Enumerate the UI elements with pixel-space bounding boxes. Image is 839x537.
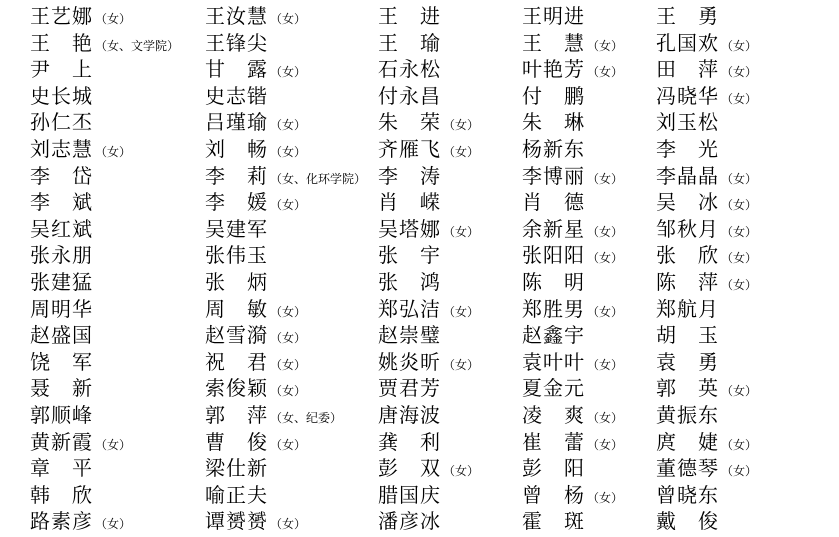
person-name: 夏金元 bbox=[522, 378, 585, 400]
person-name: 张 宇 bbox=[378, 245, 441, 267]
gender-dept-note: （女） bbox=[443, 118, 479, 132]
person-name: 张阳阳 bbox=[522, 245, 585, 267]
person-name: 李博丽 bbox=[522, 166, 585, 188]
person-name: 余新星 bbox=[522, 219, 585, 241]
name-entry: 王 瑜 bbox=[378, 31, 479, 58]
person-name: 祝 君 bbox=[205, 352, 268, 374]
name-column-1: 王艺娜（女）王 艳（女、文学院）尹 上史长城孙仁丕刘志慧（女）李 岱李 斌吴红斌… bbox=[30, 4, 179, 536]
name-entry: 郭 英（女） bbox=[656, 376, 757, 403]
gender-dept-note: （女） bbox=[270, 331, 306, 345]
person-name: 袁 勇 bbox=[656, 352, 719, 374]
person-name: 张伟玉 bbox=[205, 245, 268, 267]
name-entry: 冯晓华（女） bbox=[656, 84, 757, 111]
person-name: 霍 斑 bbox=[522, 511, 585, 533]
person-name: 张建猛 bbox=[30, 272, 93, 294]
person-name: 崔 蕾 bbox=[522, 432, 585, 454]
person-name: 王锋尖 bbox=[205, 33, 268, 55]
gender-dept-note: （女） bbox=[721, 464, 757, 478]
person-name: 郭 萍 bbox=[205, 405, 268, 427]
gender-dept-note: （女） bbox=[270, 305, 306, 319]
person-name: 肖 德 bbox=[522, 192, 585, 214]
name-entry: 李 光 bbox=[656, 137, 757, 164]
name-entry: 龚 利 bbox=[378, 430, 479, 457]
person-name: 李 光 bbox=[656, 139, 719, 161]
person-name: 史长城 bbox=[30, 86, 93, 108]
name-entry: 张 宇 bbox=[378, 243, 479, 270]
name-column-5: 王 勇孔国欢（女）田 萍（女）冯晓华（女）刘玉松李 光李晶晶（女）吴 冰（女）邹… bbox=[656, 4, 757, 536]
name-entry: 王明进 bbox=[522, 4, 623, 31]
name-entry: 凌 爽（女） bbox=[522, 403, 623, 430]
name-entry: 吴塔娜（女） bbox=[378, 217, 479, 244]
name-entry: 周明华 bbox=[30, 297, 179, 324]
gender-dept-note: （女） bbox=[270, 438, 306, 452]
person-name: 陈 明 bbox=[522, 272, 585, 294]
person-name: 董德琴 bbox=[656, 458, 719, 480]
name-entry: 孔国欢（女） bbox=[656, 31, 757, 58]
name-entry: 李博丽（女） bbox=[522, 164, 623, 191]
name-entry: 王 艳（女、文学院） bbox=[30, 31, 179, 58]
name-entry: 孙仁丕 bbox=[30, 110, 179, 137]
person-name: 郑航月 bbox=[656, 299, 719, 321]
person-name: 吴建军 bbox=[205, 219, 268, 241]
person-name: 李 岱 bbox=[30, 166, 93, 188]
gender-dept-note: （女） bbox=[587, 305, 623, 319]
person-name: 郭 英 bbox=[656, 378, 719, 400]
gender-dept-note: （女） bbox=[587, 65, 623, 79]
name-entry: 索俊颖（女） bbox=[205, 376, 366, 403]
name-entry: 杨新东 bbox=[522, 137, 623, 164]
name-entry: 曾 杨（女） bbox=[522, 483, 623, 510]
gender-dept-note: （女、化环学院） bbox=[270, 172, 366, 186]
person-name: 刘玉松 bbox=[656, 112, 719, 134]
name-entry: 史志锴 bbox=[205, 84, 366, 111]
gender-dept-note: （女） bbox=[587, 438, 623, 452]
name-entry: 韩 欣 bbox=[30, 483, 179, 510]
person-name: 曾晓东 bbox=[656, 485, 719, 507]
name-entry: 吕瑾瑜（女） bbox=[205, 110, 366, 137]
person-name: 张 欣 bbox=[656, 245, 719, 267]
gender-dept-note: （女、文学院） bbox=[95, 39, 179, 53]
person-name: 吴塔娜 bbox=[378, 219, 441, 241]
gender-dept-note: （女） bbox=[270, 358, 306, 372]
name-entry: 齐雁飞（女） bbox=[378, 137, 479, 164]
person-name: 朱 荣 bbox=[378, 112, 441, 134]
person-name: 王艺娜 bbox=[30, 6, 93, 28]
person-name: 彭 阳 bbox=[522, 458, 585, 480]
name-entry: 曹 俊（女） bbox=[205, 430, 366, 457]
gender-dept-note: （女） bbox=[721, 39, 757, 53]
person-name: 王 勇 bbox=[656, 6, 719, 28]
name-entry: 甘 露（女） bbox=[205, 57, 366, 84]
name-entry: 肖 德 bbox=[522, 190, 623, 217]
person-name: 石永松 bbox=[378, 59, 441, 81]
name-entry: 朱 荣（女） bbox=[378, 110, 479, 137]
person-name: 孔国欢 bbox=[656, 33, 719, 55]
name-entry: 石永松 bbox=[378, 57, 479, 84]
name-entry: 李 莉（女、化环学院） bbox=[205, 164, 366, 191]
person-name: 尹 上 bbox=[30, 59, 93, 81]
gender-dept-note: （女） bbox=[721, 65, 757, 79]
person-name: 赵崇璧 bbox=[378, 325, 441, 347]
person-name: 刘志慧 bbox=[30, 139, 93, 161]
person-name: 赵盛国 bbox=[30, 325, 93, 347]
person-name: 胡 玉 bbox=[656, 325, 719, 347]
name-entry: 腊国庆 bbox=[378, 483, 479, 510]
gender-dept-note: （女） bbox=[587, 491, 623, 505]
name-entry: 王 慧（女） bbox=[522, 31, 623, 58]
name-entry: 郑弘洁（女） bbox=[378, 297, 479, 324]
person-name: 王汝慧 bbox=[205, 6, 268, 28]
person-name: 腊国庆 bbox=[378, 485, 441, 507]
person-name: 孙仁丕 bbox=[30, 112, 93, 134]
person-name: 彭 双 bbox=[378, 458, 441, 480]
person-name: 陈 萍 bbox=[656, 272, 719, 294]
name-entry: 曾晓东 bbox=[656, 483, 757, 510]
name-entry: 李 斌 bbox=[30, 190, 179, 217]
name-entry: 饶 军 bbox=[30, 350, 179, 377]
gender-dept-note: （女） bbox=[270, 517, 306, 531]
name-entry: 袁叶叶（女） bbox=[522, 350, 623, 377]
person-name: 赵雪漪 bbox=[205, 325, 268, 347]
person-name: 韩 欣 bbox=[30, 485, 93, 507]
gender-dept-note: （女） bbox=[721, 384, 757, 398]
name-entry: 张 欣（女） bbox=[656, 243, 757, 270]
gender-dept-note: （女） bbox=[270, 118, 306, 132]
name-entry: 赵崇璧 bbox=[378, 323, 479, 350]
name-entry: 喻正夫 bbox=[205, 483, 366, 510]
person-name: 贾君芳 bbox=[378, 378, 441, 400]
person-name: 吕瑾瑜 bbox=[205, 112, 268, 134]
name-entry: 付永昌 bbox=[378, 84, 479, 111]
gender-dept-note: （女） bbox=[443, 225, 479, 239]
person-name: 路素彦 bbox=[30, 511, 93, 533]
person-name: 吴 冰 bbox=[656, 192, 719, 214]
gender-dept-note: （女） bbox=[587, 39, 623, 53]
gender-dept-note: （女） bbox=[721, 225, 757, 239]
person-name: 李 莉 bbox=[205, 166, 268, 188]
person-name: 付永昌 bbox=[378, 86, 441, 108]
person-name: 杨新东 bbox=[522, 139, 585, 161]
person-name: 谭赟赟 bbox=[205, 511, 268, 533]
person-name: 齐雁飞 bbox=[378, 139, 441, 161]
name-column-3: 王 进王 瑜石永松付永昌朱 荣（女）齐雁飞（女）李 涛肖 嵘吴塔娜（女）张 宇张… bbox=[378, 4, 479, 536]
person-name: 李晶晶 bbox=[656, 166, 719, 188]
person-name: 黄振东 bbox=[656, 405, 719, 427]
name-entry: 彭 阳 bbox=[522, 456, 623, 483]
name-entry: 袁 勇 bbox=[656, 350, 757, 377]
name-entry: 邹秋月（女） bbox=[656, 217, 757, 244]
person-name: 郭顺峰 bbox=[30, 405, 93, 427]
name-entry: 郑胜男（女） bbox=[522, 297, 623, 324]
person-name: 甘 露 bbox=[205, 59, 268, 81]
gender-dept-note: （女） bbox=[270, 384, 306, 398]
gender-dept-note: （女） bbox=[95, 145, 131, 159]
name-entry: 陈 萍（女） bbox=[656, 270, 757, 297]
person-name: 黄新霞 bbox=[30, 432, 93, 454]
person-name: 王 进 bbox=[378, 6, 441, 28]
person-name: 潘彦冰 bbox=[378, 511, 441, 533]
name-entry: 尹 上 bbox=[30, 57, 179, 84]
name-entry: 黄振东 bbox=[656, 403, 757, 430]
name-entry: 刘玉松 bbox=[656, 110, 757, 137]
name-entry: 张伟玉 bbox=[205, 243, 366, 270]
gender-dept-note: （女） bbox=[443, 464, 479, 478]
person-name: 王 艳 bbox=[30, 33, 93, 55]
gender-dept-note: （女） bbox=[721, 251, 757, 265]
gender-dept-note: （女） bbox=[587, 225, 623, 239]
name-column-2: 王汝慧（女）王锋尖甘 露（女）史志锴吕瑾瑜（女）刘 畅（女）李 莉（女、化环学院… bbox=[205, 4, 366, 536]
person-name: 李 涛 bbox=[378, 166, 441, 188]
name-entry: 贾君芳 bbox=[378, 376, 479, 403]
name-entry: 黄新霞（女） bbox=[30, 430, 179, 457]
person-name: 聂 新 bbox=[30, 378, 93, 400]
name-entry: 张建猛 bbox=[30, 270, 179, 297]
name-entry: 梁仕新 bbox=[205, 456, 366, 483]
name-entry: 聂 新 bbox=[30, 376, 179, 403]
name-entry: 李 岱 bbox=[30, 164, 179, 191]
name-entry: 王艺娜（女） bbox=[30, 4, 179, 31]
name-entry: 陈 明 bbox=[522, 270, 623, 297]
name-entry: 李 媛（女） bbox=[205, 190, 366, 217]
person-name: 饶 军 bbox=[30, 352, 93, 374]
gender-dept-note: （女） bbox=[443, 305, 479, 319]
gender-dept-note: （女） bbox=[95, 438, 131, 452]
name-entry: 李晶晶（女） bbox=[656, 164, 757, 191]
name-entry: 吴红斌 bbox=[30, 217, 179, 244]
name-entry: 张 炳 bbox=[205, 270, 366, 297]
person-name: 付 鹏 bbox=[522, 86, 585, 108]
name-entry: 吴建军 bbox=[205, 217, 366, 244]
name-entry: 董德琴（女） bbox=[656, 456, 757, 483]
gender-dept-note: （女） bbox=[587, 358, 623, 372]
gender-dept-note: （女） bbox=[443, 358, 479, 372]
person-name: 郑弘洁 bbox=[378, 299, 441, 321]
gender-dept-note: （女、纪委） bbox=[270, 411, 342, 425]
name-entry: 崔 蕾（女） bbox=[522, 430, 623, 457]
person-name: 叶艳芳 bbox=[522, 59, 585, 81]
name-entry: 唐海波 bbox=[378, 403, 479, 430]
person-name: 吴红斌 bbox=[30, 219, 93, 241]
name-entry: 史长城 bbox=[30, 84, 179, 111]
name-column-4: 王明进王 慧（女）叶艳芳（女）付 鹏朱 琳杨新东李博丽（女）肖 德余新星（女）张… bbox=[522, 4, 623, 536]
name-entry: 赵鑫宇 bbox=[522, 323, 623, 350]
name-roster-page: 王艺娜（女）王 艳（女、文学院）尹 上史长城孙仁丕刘志慧（女）李 岱李 斌吴红斌… bbox=[0, 0, 839, 537]
person-name: 周 敏 bbox=[205, 299, 268, 321]
name-entry: 王 进 bbox=[378, 4, 479, 31]
gender-dept-note: （女） bbox=[721, 172, 757, 186]
name-entry: 赵雪漪（女） bbox=[205, 323, 366, 350]
gender-dept-note: （女） bbox=[587, 172, 623, 186]
name-entry: 肖 嵘 bbox=[378, 190, 479, 217]
name-entry: 叶艳芳（女） bbox=[522, 57, 623, 84]
name-entry: 刘 畅（女） bbox=[205, 137, 366, 164]
name-entry: 张 鸿 bbox=[378, 270, 479, 297]
person-name: 戴 俊 bbox=[656, 511, 719, 533]
name-entry: 郑航月 bbox=[656, 297, 757, 324]
name-entry: 周 敏（女） bbox=[205, 297, 366, 324]
name-entry: 赵盛国 bbox=[30, 323, 179, 350]
name-entry: 章 平 bbox=[30, 456, 179, 483]
name-entry: 夏金元 bbox=[522, 376, 623, 403]
name-entry: 余新星（女） bbox=[522, 217, 623, 244]
name-entry: 王汝慧（女） bbox=[205, 4, 366, 31]
gender-dept-note: （女） bbox=[270, 198, 306, 212]
person-name: 章 平 bbox=[30, 458, 93, 480]
name-entry: 王 勇 bbox=[656, 4, 757, 31]
person-name: 凌 爽 bbox=[522, 405, 585, 427]
person-name: 唐海波 bbox=[378, 405, 441, 427]
person-name: 王 瑜 bbox=[378, 33, 441, 55]
person-name: 姚炎昕 bbox=[378, 352, 441, 374]
gender-dept-note: （女） bbox=[587, 251, 623, 265]
person-name: 王 慧 bbox=[522, 33, 585, 55]
gender-dept-note: （女） bbox=[95, 517, 131, 531]
gender-dept-note: （女） bbox=[95, 12, 131, 26]
name-entry: 胡 玉 bbox=[656, 323, 757, 350]
person-name: 周明华 bbox=[30, 299, 93, 321]
person-name: 邹秋月 bbox=[656, 219, 719, 241]
person-name: 张永朋 bbox=[30, 245, 93, 267]
name-entry: 霍 斑 bbox=[522, 509, 623, 536]
name-entry: 路素彦（女） bbox=[30, 509, 179, 536]
person-name: 龚 利 bbox=[378, 432, 441, 454]
person-name: 冯晓华 bbox=[656, 86, 719, 108]
gender-dept-note: （女） bbox=[721, 92, 757, 106]
person-name: 史志锴 bbox=[205, 86, 268, 108]
person-name: 袁叶叶 bbox=[522, 352, 585, 374]
person-name: 庹 婕 bbox=[656, 432, 719, 454]
name-entry: 李 涛 bbox=[378, 164, 479, 191]
person-name: 郑胜男 bbox=[522, 299, 585, 321]
name-entry: 付 鹏 bbox=[522, 84, 623, 111]
person-name: 肖 嵘 bbox=[378, 192, 441, 214]
person-name: 王明进 bbox=[522, 6, 585, 28]
name-entry: 郭顺峰 bbox=[30, 403, 179, 430]
person-name: 李 媛 bbox=[205, 192, 268, 214]
person-name: 李 斌 bbox=[30, 192, 93, 214]
person-name: 索俊颖 bbox=[205, 378, 268, 400]
name-entry: 张阳阳（女） bbox=[522, 243, 623, 270]
name-entry: 吴 冰（女） bbox=[656, 190, 757, 217]
name-entry: 郭 萍（女、纪委） bbox=[205, 403, 366, 430]
gender-dept-note: （女） bbox=[443, 145, 479, 159]
name-entry: 张永朋 bbox=[30, 243, 179, 270]
person-name: 赵鑫宇 bbox=[522, 325, 585, 347]
gender-dept-note: （女） bbox=[721, 198, 757, 212]
gender-dept-note: （女） bbox=[270, 12, 306, 26]
name-entry: 戴 俊 bbox=[656, 509, 757, 536]
gender-dept-note: （女） bbox=[270, 65, 306, 79]
name-entry: 祝 君（女） bbox=[205, 350, 366, 377]
name-entry: 潘彦冰 bbox=[378, 509, 479, 536]
person-name: 喻正夫 bbox=[205, 485, 268, 507]
person-name: 梁仕新 bbox=[205, 458, 268, 480]
person-name: 朱 琳 bbox=[522, 112, 585, 134]
gender-dept-note: （女） bbox=[721, 438, 757, 452]
gender-dept-note: （女） bbox=[721, 278, 757, 292]
name-entry: 朱 琳 bbox=[522, 110, 623, 137]
name-entry: 谭赟赟（女） bbox=[205, 509, 366, 536]
gender-dept-note: （女） bbox=[270, 145, 306, 159]
person-name: 曹 俊 bbox=[205, 432, 268, 454]
person-name: 张 炳 bbox=[205, 272, 268, 294]
person-name: 张 鸿 bbox=[378, 272, 441, 294]
name-entry: 彭 双（女） bbox=[378, 456, 479, 483]
name-entry: 庹 婕（女） bbox=[656, 430, 757, 457]
name-entry: 王锋尖 bbox=[205, 31, 366, 58]
name-entry: 刘志慧（女） bbox=[30, 137, 179, 164]
person-name: 曾 杨 bbox=[522, 485, 585, 507]
name-entry: 姚炎昕（女） bbox=[378, 350, 479, 377]
person-name: 刘 畅 bbox=[205, 139, 268, 161]
name-entry: 田 萍（女） bbox=[656, 57, 757, 84]
person-name: 田 萍 bbox=[656, 59, 719, 81]
gender-dept-note: （女） bbox=[587, 411, 623, 425]
